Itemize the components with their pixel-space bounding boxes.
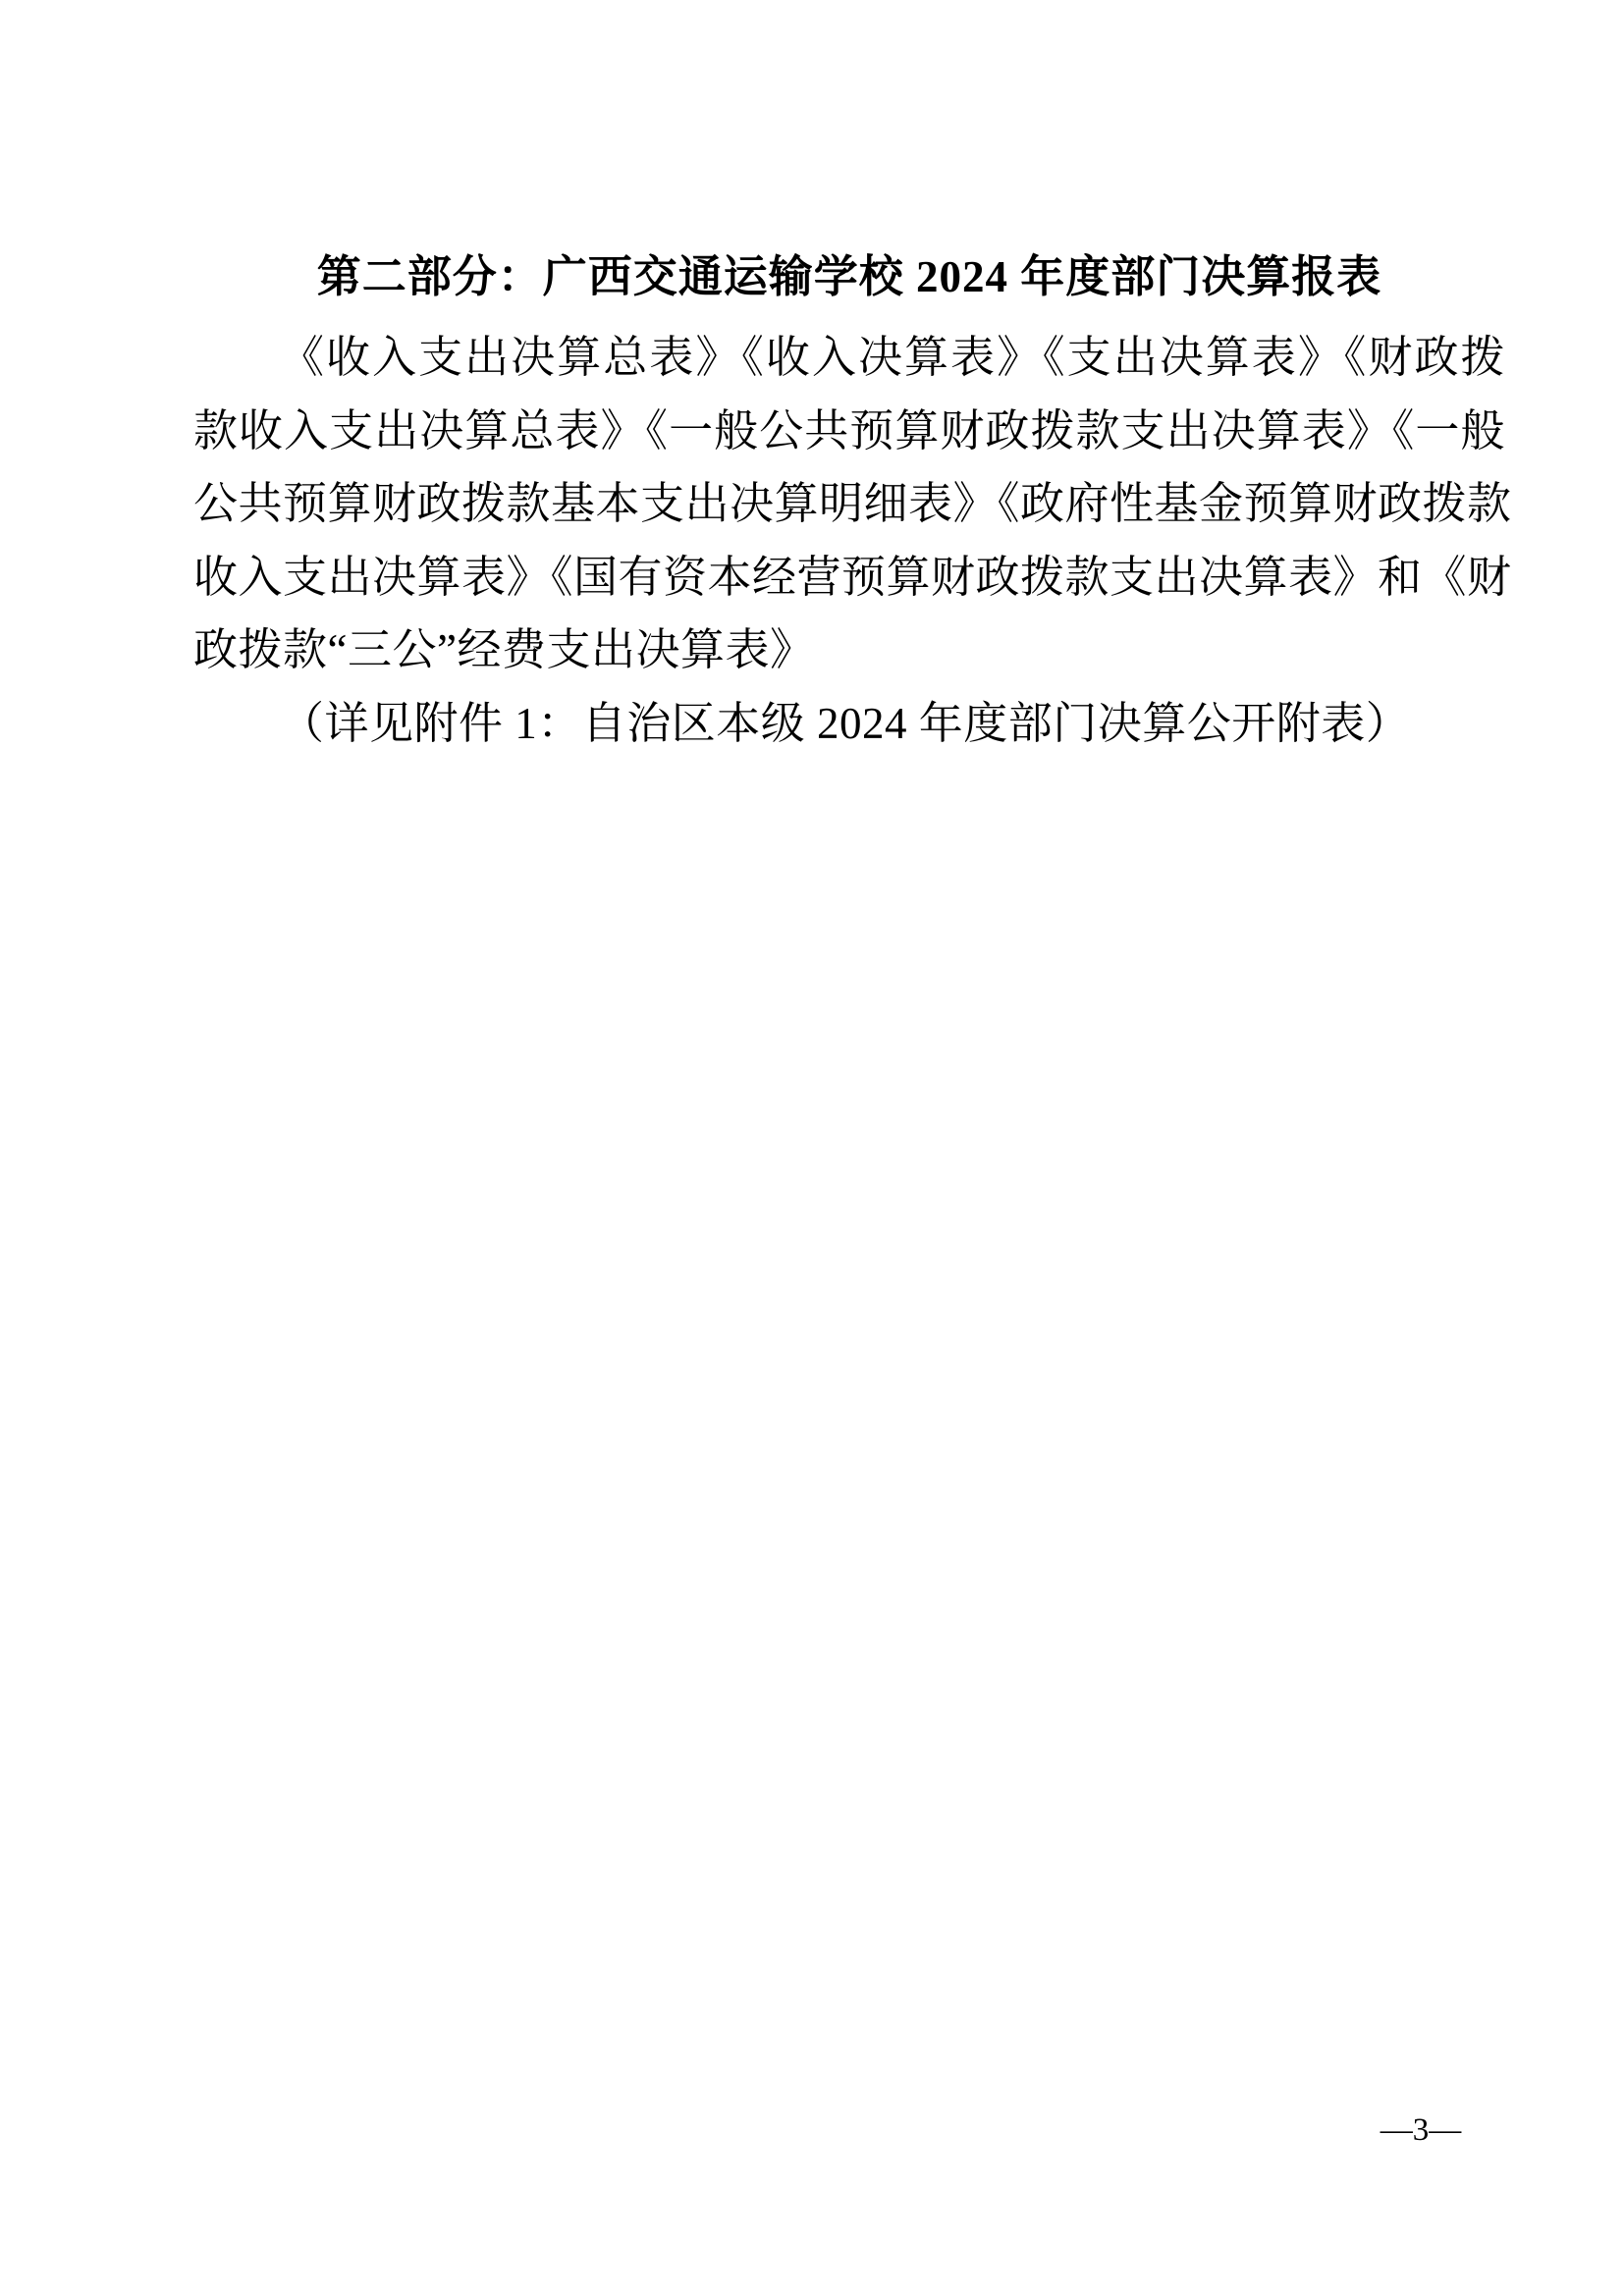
paragraph-line: 款收入支出决算总表》《一般公共预算财政拨款支出决算表》《一般 [193,395,1505,468]
page-number: —3— [1367,2109,1475,2153]
paragraph-line: 收入支出决算表》《国有资本经营预算财政拨款支出决算表》和《财 [193,541,1505,614]
paragraph-line: 《收入支出决算总表》《收入决算表》《支出决算表》《财政拨 [193,321,1505,395]
paragraph-line: 政拨款“三公”经费支出决算表》 [193,614,1505,687]
body-paragraph: 《收入支出决算总表》《收入决算表》《支出决算表》《财政拨 款收入支出决算总表》《… [193,321,1505,761]
paragraph-line: 公共预算财政拨款基本支出决算明细表》《政府性基金预算财政拨款 [193,467,1505,541]
document-page: 第二部分：广西交通运输学校 2024 年度部门决算报表 《收入支出决算总表》《收… [0,0,1624,2296]
attachment-note: （详见附件 1：自治区本级 2024 年度部门决算公开附表） [193,687,1505,761]
section-heading: 第二部分：广西交通运输学校 2024 年度部门决算报表 [193,247,1505,321]
